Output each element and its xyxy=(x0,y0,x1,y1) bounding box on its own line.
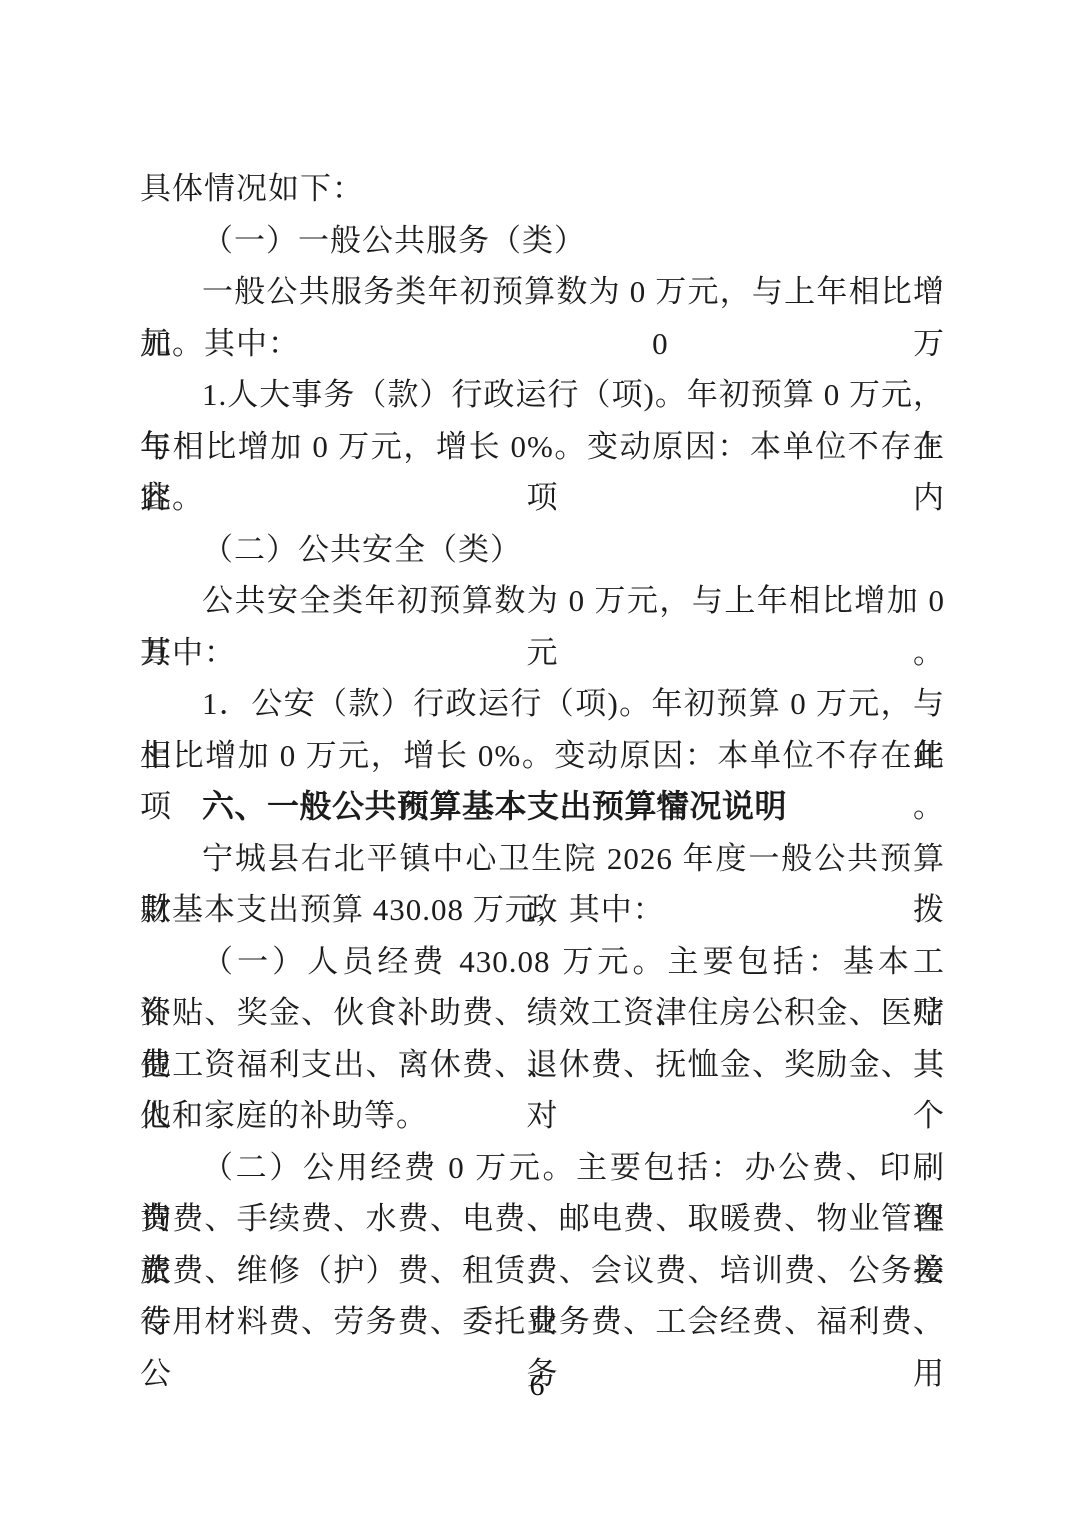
paragraph-line: （二）公用经费 0 万元。主要包括：办公费、印刷费、咨 xyxy=(140,1142,945,1194)
page-number: 6 xyxy=(0,1368,1074,1404)
paragraph-line: 具体情况如下： xyxy=(140,163,945,215)
paragraph-line: 公共安全类年初预算数为 0 万元，与上年相比增加 0 万元。 xyxy=(140,575,945,627)
paragraph-line: 他工资福利支出、离休费、退休费、抚恤金、奖励金、其他对个 xyxy=(140,1039,945,1091)
paragraph-line: （一）人员经费 430.08 万元。主要包括：基本工资、津贴 xyxy=(140,936,945,988)
paragraph-line: 1．公安（款）行政运行（项)。年初预算 0 万元，与上年 xyxy=(140,678,945,730)
subsection-heading: （一）一般公共服务（类） xyxy=(140,215,945,267)
paragraph-line: 旅费、维修（护）费、租赁费、会议费、培训费、公务接待费、 xyxy=(140,1245,945,1297)
paragraph-line: 补贴、奖金、伙食补助费、绩效工资、住房公积金、医疗费、其 xyxy=(140,987,945,1039)
paragraph-line: 专用材料费、劳务费、委托业务费、工会经费、福利费、公务用 xyxy=(140,1296,945,1348)
document-body: 具体情况如下： （一）一般公共服务（类） 一般公共服务类年初预算数为 0 万元，… xyxy=(140,163,945,1348)
document-page: 具体情况如下： （一）一般公共服务（类） 一般公共服务类年初预算数为 0 万元，… xyxy=(0,0,1074,1520)
paragraph-line: 宁城县右北平镇中心卫生院 2026 年度一般公共预算财政拨 xyxy=(140,833,945,885)
paragraph-line: 询费、手续费、水费、电费、邮电费、取暖费、物业管理费、差 xyxy=(140,1193,945,1245)
paragraph-line: 1.人大事务（款）行政运行（项)。年初预算 0 万元，与上 xyxy=(140,369,945,421)
paragraph-line: 年相比增加 0 万元，增长 0%。变动原因：本单位不存在此项内 xyxy=(140,421,945,473)
paragraph-line: 一般公共服务类年初预算数为 0 万元，与上年相比增加 0 万 xyxy=(140,266,945,318)
subsection-heading: （二）公共安全（类） xyxy=(140,524,945,576)
paragraph-line: 相比增加 0 万元，增长 0%。变动原因：本单位不存在此项内容。 xyxy=(140,730,945,782)
